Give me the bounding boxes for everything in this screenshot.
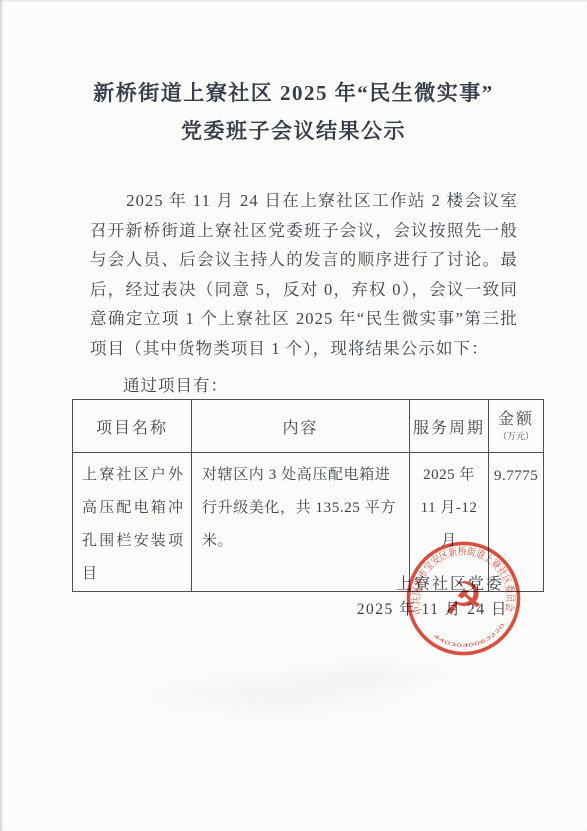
cell-project-name: 上寮社区户外高压配电箱冲孔围栏安装项目 [73,453,192,592]
header-amount: 金额 （万元） [489,400,544,453]
cell-content: 对辖区内 3 处高压配电箱进行升级美化，共 135.25 平方米。 [192,453,410,592]
scanned-notice-page: 新桥街道上寮社区 2025 年“民生微实事” 党委班子会议结果公示 2025 年… [0,0,587,831]
table-header-row: 项目名称 内容 服务周期 金额 （万元） [73,400,544,453]
header-amount-label: 金额 [491,410,541,430]
header-service-period: 服务周期 [410,400,489,453]
document-title: 新桥街道上寮社区 2025 年“民生微实事” 党委班子会议结果公示 [0,74,587,150]
hammer-sickle-emblem: ☭ [443,572,484,625]
official-seal: 中共深圳市宝安区新桥街道上寮社区委员会 4403040063220 ☭ [404,539,523,658]
document-title-line1: 新桥街道上寮社区 2025 年“民生微实事” [0,74,587,112]
scan-bleedthrough-artifact [110,655,480,755]
header-amount-unit: （万元） [491,430,541,442]
header-project-name: 项目名称 [73,400,192,453]
header-content: 内容 [192,400,410,453]
document-title-line2: 党委班子会议结果公示 [0,112,587,150]
body-paragraph: 2025 年 11 月 24 日在上寮社区工作站 2 楼会议室召开新桥街道上寮社… [90,186,518,364]
list-intro: 通过项目有： [123,372,228,396]
